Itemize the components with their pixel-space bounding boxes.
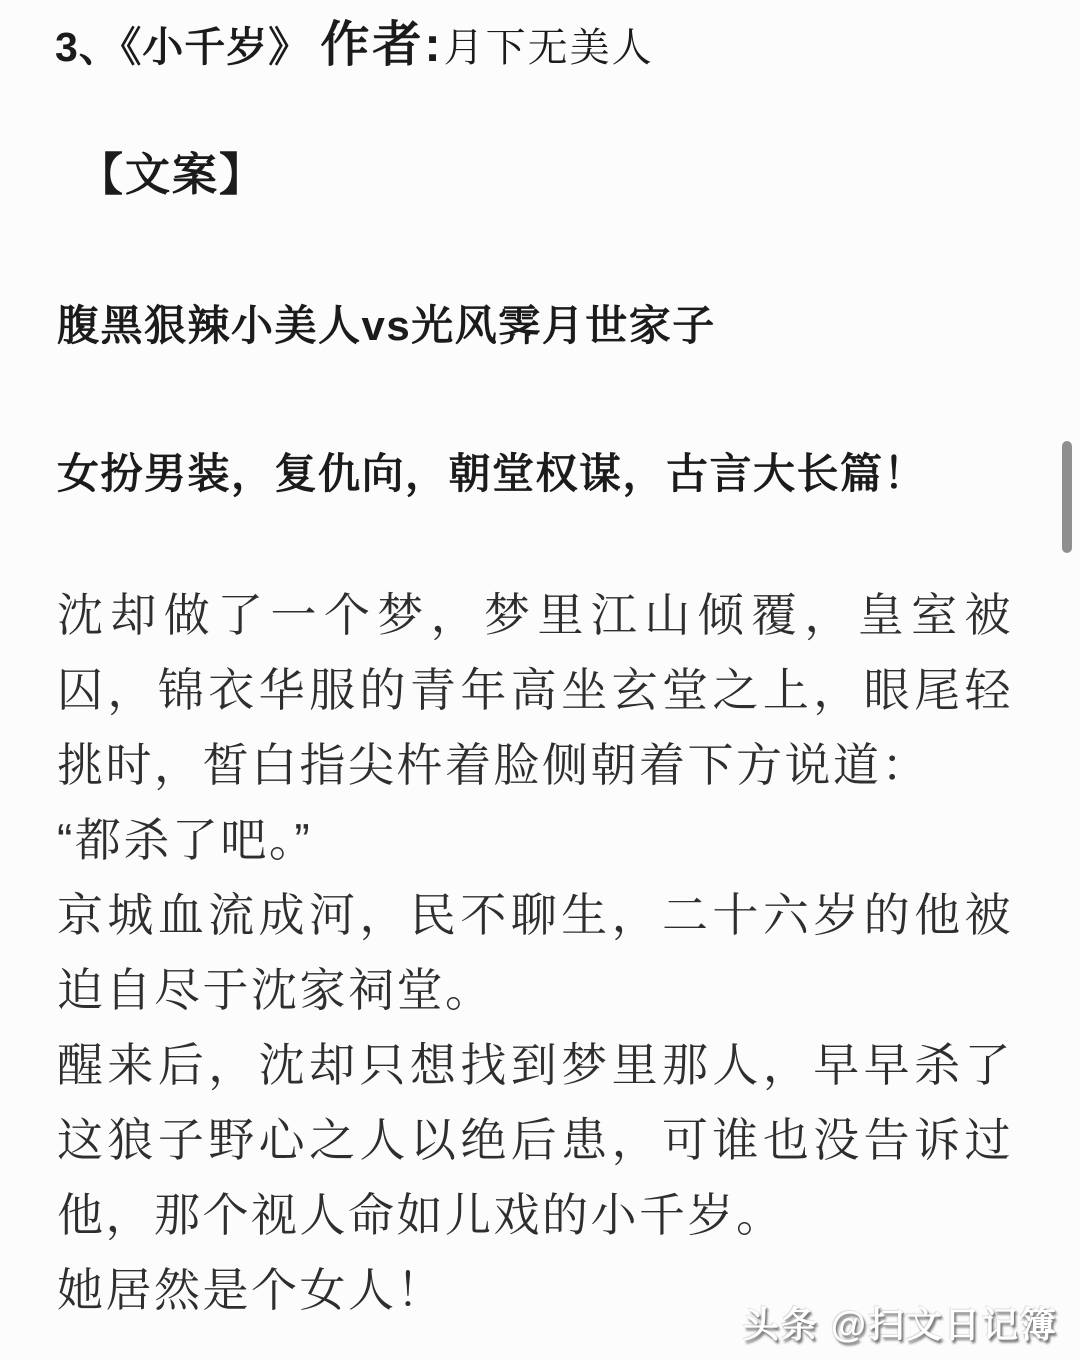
synopsis-line: 这狼子野心之人以绝后患，可谁也没告诉过 (57, 1103, 1013, 1178)
watermark-toutiao: 头条 @扫文日记簿 (743, 1297, 1058, 1348)
synopsis-line: 迫自尽于沈家祠堂。 (57, 953, 1013, 1028)
synopsis-line: 囚，锦衣华服的青年高坐玄堂之上，眼尾轻 (57, 653, 1013, 728)
author-label: 作者: (320, 6, 443, 76)
book-number-and-title: 3、《小千岁》 (55, 14, 310, 73)
tagline-genre: 女扮男装，复仇向，朝堂权谋，古言大长篇！ (57, 451, 927, 497)
scrollbar-thumb[interactable] (1062, 441, 1072, 553)
tagline-pairing: 腹黑狠辣小美人vs光风霁月世家子 (57, 303, 716, 349)
article-page: { "colors": { "bg": "#fcfcfc", "heading"… (0, 0, 1080, 1360)
synopsis-line: 京城血流成河，民不聊生，二十六岁的他被 (57, 878, 1013, 953)
synopsis-line: “都杀了吧。” (57, 803, 1013, 878)
synopsis-text: 沈却做了一个梦，梦里江山倾覆，皇室被囚，锦衣华服的青年高坐玄堂之上，眼尾轻挑时，… (57, 578, 1013, 1328)
synopsis-line: 醒来后，沈却只想找到梦里那人，早早杀了 (57, 1028, 1013, 1103)
synopsis-line: 沈却做了一个梦，梦里江山倾覆，皇室被 (57, 578, 1013, 653)
synopsis-line: 他，那个视人命如儿戏的小千岁。 (57, 1178, 1013, 1253)
article-title: 3、《小千岁》 作者: 月下无美人 (55, 6, 654, 76)
synopsis-line: 挑时，皙白指尖杵着脸侧朝着下方说道： (57, 728, 1013, 803)
author-name: 月下无美人 (444, 16, 654, 73)
synopsis-section-header: 【文案】 (78, 150, 266, 200)
